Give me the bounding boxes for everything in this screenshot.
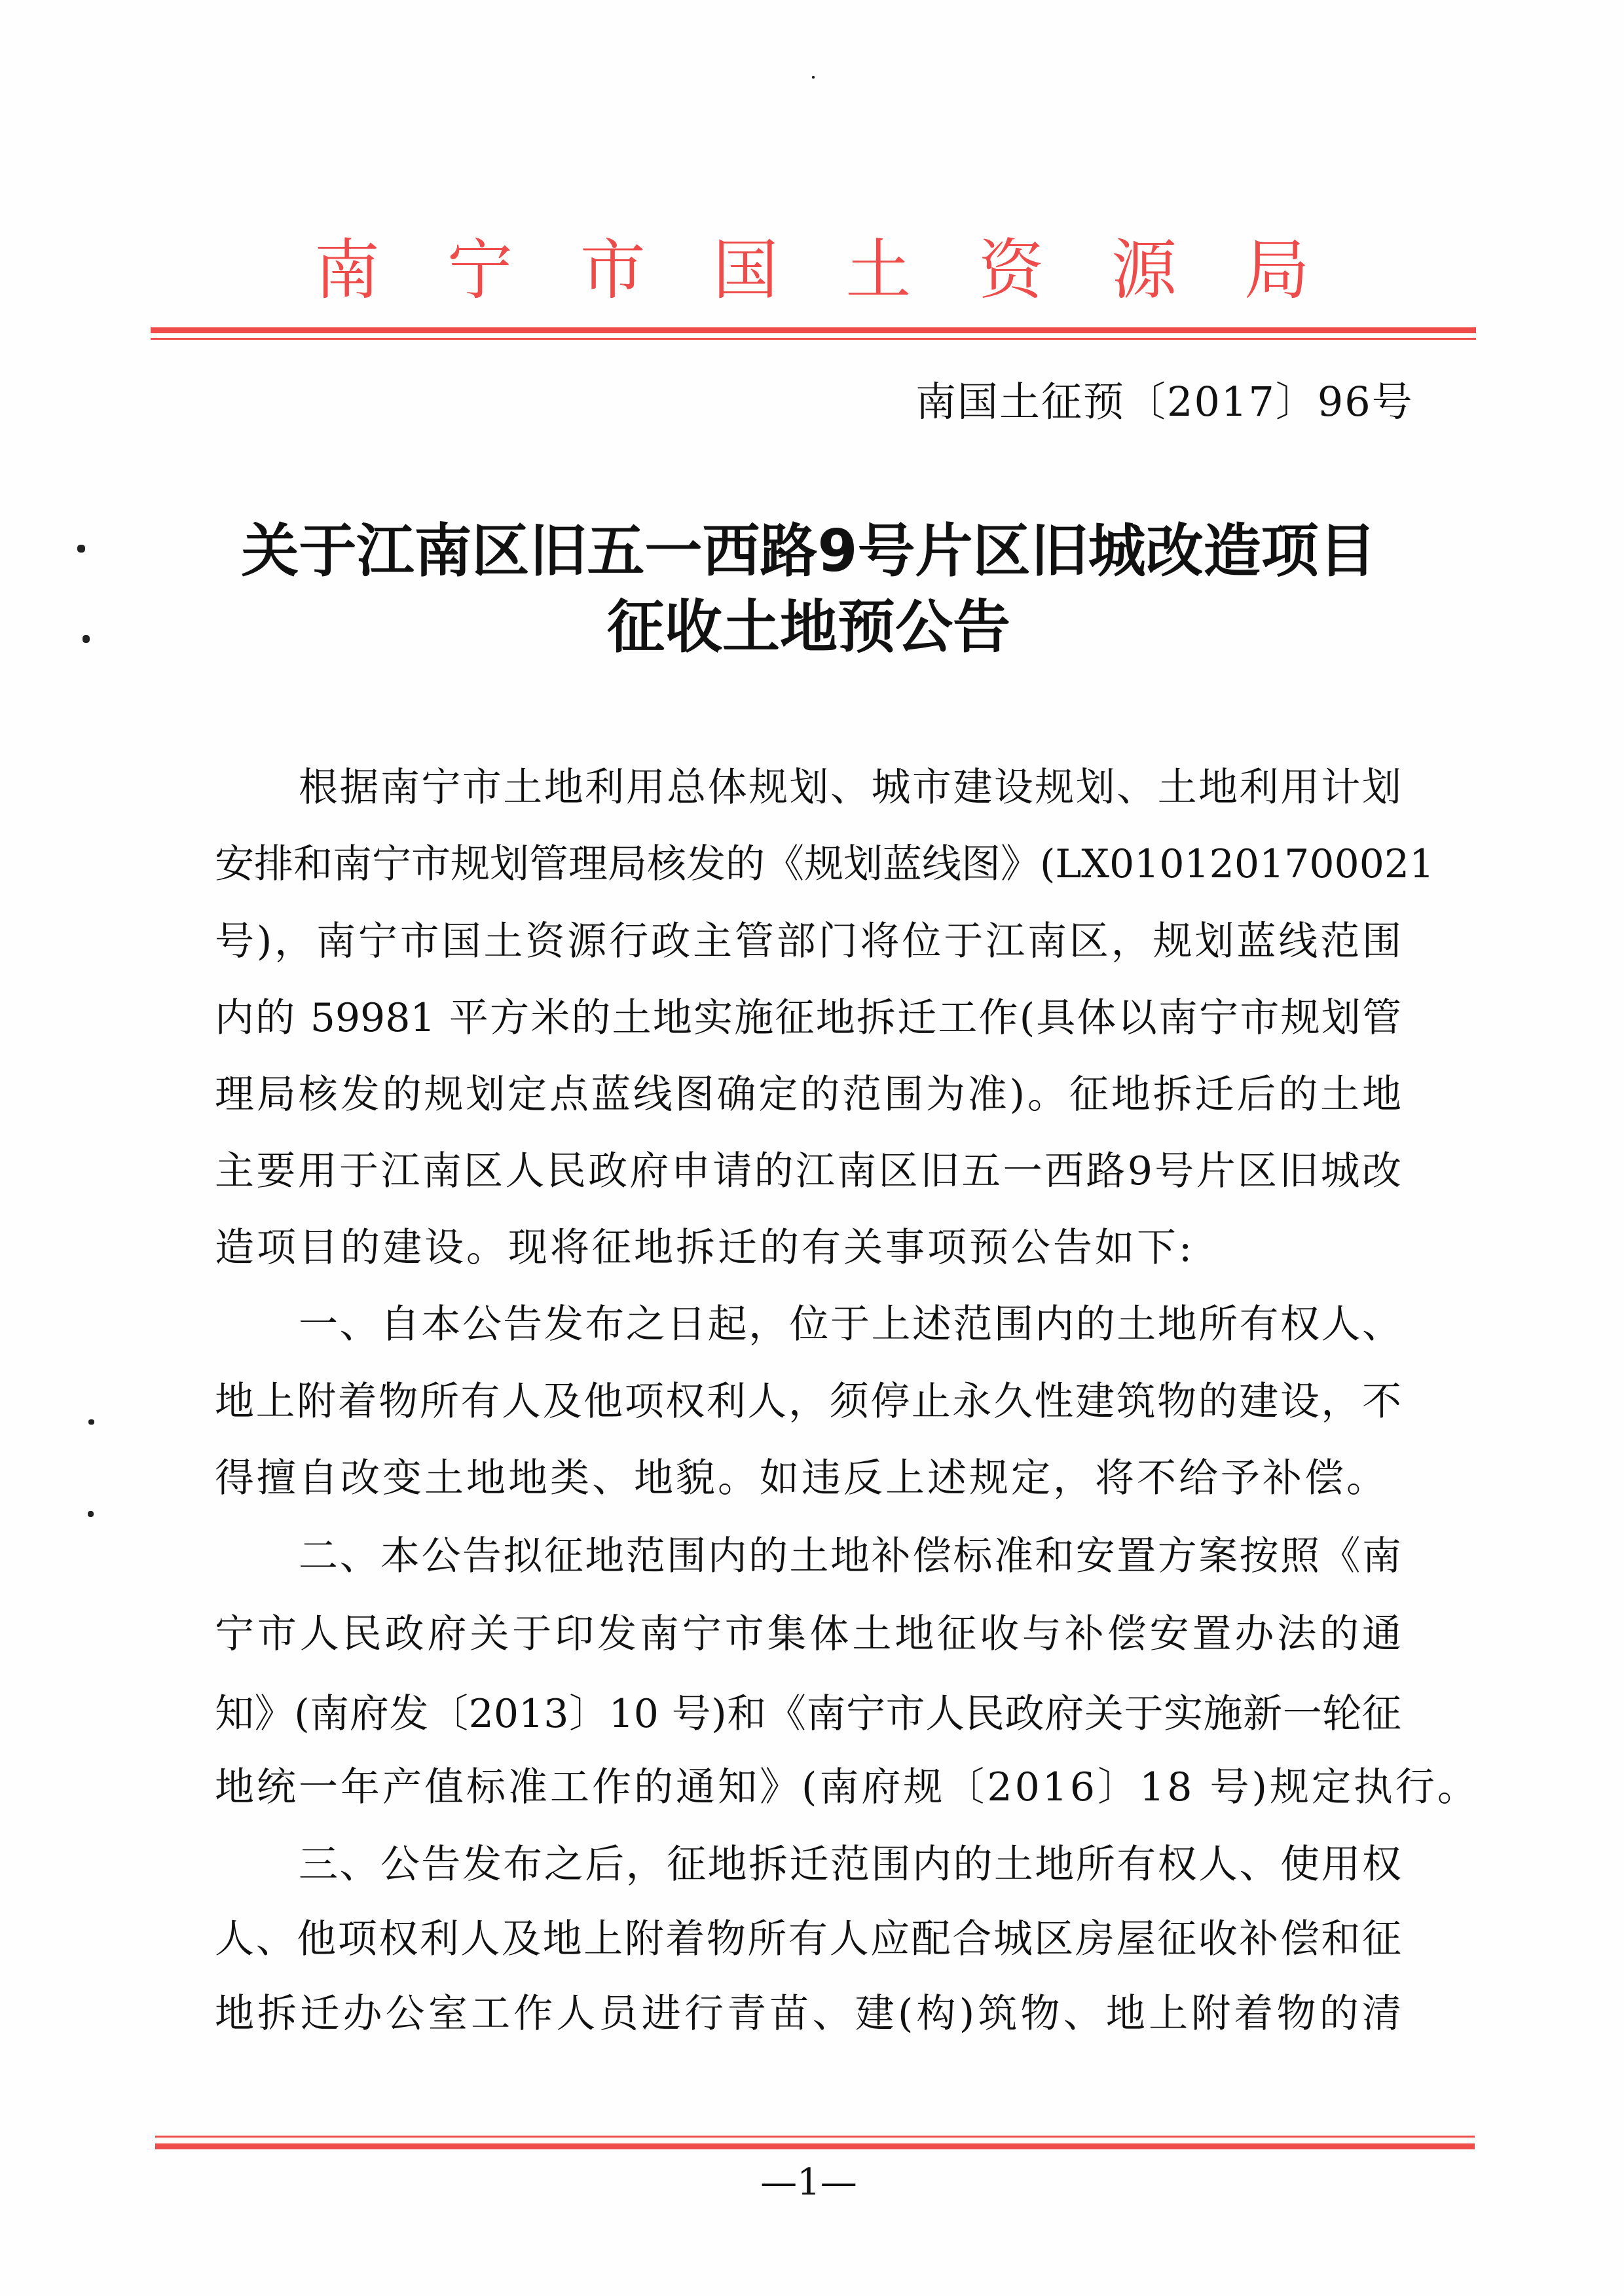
document-title-line1: 关于江南区旧五一西路9号片区旧城改造项目 xyxy=(196,519,1421,584)
scan-speck xyxy=(77,545,85,553)
scan-speck xyxy=(83,635,90,643)
body-line: 地统一年产值标准工作的通知》(南府规〔2016〕18 号)规定执行。 xyxy=(215,1761,1401,1813)
body-line: 三、公告发布之后，征地拆迁范围内的土地所有权人、使用权 xyxy=(299,1838,1401,1891)
document-number: 南国土征预〔2017〕96号 xyxy=(915,374,1403,429)
masthead-char: 宁 xyxy=(447,229,513,311)
body-line: 根据南宁市土地利用总体规划、城市建设规划、土地利用计划 xyxy=(299,761,1401,814)
footer-rule-thin xyxy=(155,2136,1475,2138)
body-line: 二、本公告拟征地范围内的土地补偿标准和安置方案按照《南 xyxy=(299,1530,1401,1582)
header-rule-thick xyxy=(151,327,1476,333)
body-line: 安排和南宁市规划管理局核发的《规划蓝线图》(LX0101201700021 xyxy=(215,838,1401,890)
body-line: 主要用于江南区人民政府申请的江南区旧五一西路9号片区旧城改 xyxy=(215,1145,1401,1197)
body-line: 一、自本公告发布之日起，位于上述范围内的土地所有权人、 xyxy=(299,1298,1401,1351)
body-line: 知》(南府发〔2013〕10 号)和《南宁市人民政府关于实施新一轮征 xyxy=(215,1688,1401,1740)
body-line: 人、他项权利人及地上附着物所有人应配合城区房屋征收补偿和征 xyxy=(215,1913,1401,1965)
masthead-char: 市 xyxy=(580,229,646,311)
body-line: 造项目的建设。现将征地拆迁的有关事项预公告如下: xyxy=(215,1222,1401,1274)
masthead-char: 土 xyxy=(845,229,911,311)
scan-speck xyxy=(88,1419,94,1425)
masthead-char: 国 xyxy=(713,229,779,311)
masthead-char: 局 xyxy=(1244,229,1310,311)
document-page: 南 宁 市 国 土 资 源 局 南国土征预〔2017〕96号 关于江南区旧五一西… xyxy=(0,0,1624,2296)
scan-speck xyxy=(88,1511,94,1517)
masthead-char: 南 xyxy=(314,229,380,311)
agency-masthead: 南 宁 市 国 土 资 源 局 xyxy=(314,229,1310,311)
body-line: 得擅自改变土地地类、地貌。如违反上述规定，将不给予补偿。 xyxy=(215,1452,1401,1504)
body-line: 理局核发的规划定点蓝线图确定的范围为准)。征地拆迁后的土地 xyxy=(215,1068,1401,1121)
masthead-char: 资 xyxy=(978,229,1044,311)
document-title-line2: 征收土地预公告 xyxy=(196,594,1421,660)
body-line: 地拆迁办公室工作人员进行青苗、建(构)筑物、地上附着物的清 xyxy=(215,1988,1401,2040)
scan-speck xyxy=(812,76,815,79)
body-line: 号)，南宁市国土资源行政主管部门将位于江南区，规划蓝线范围 xyxy=(215,915,1401,968)
footer-rule-thick xyxy=(155,2143,1475,2149)
masthead-char: 源 xyxy=(1111,229,1177,311)
body-line: 地上附着物所有人及他项权利人，须停止永久性建筑物的建设，不 xyxy=(215,1376,1401,1428)
header-rule-thin xyxy=(151,338,1476,340)
body-line: 内的 59981 平方米的土地实施征地拆迁工作(具体以南宁市规划管 xyxy=(215,992,1401,1044)
body-line: 宁市人民政府关于印发南宁市集体土地征收与补偿安置办法的通 xyxy=(215,1608,1401,1660)
page-number: —1— xyxy=(747,2162,871,2204)
